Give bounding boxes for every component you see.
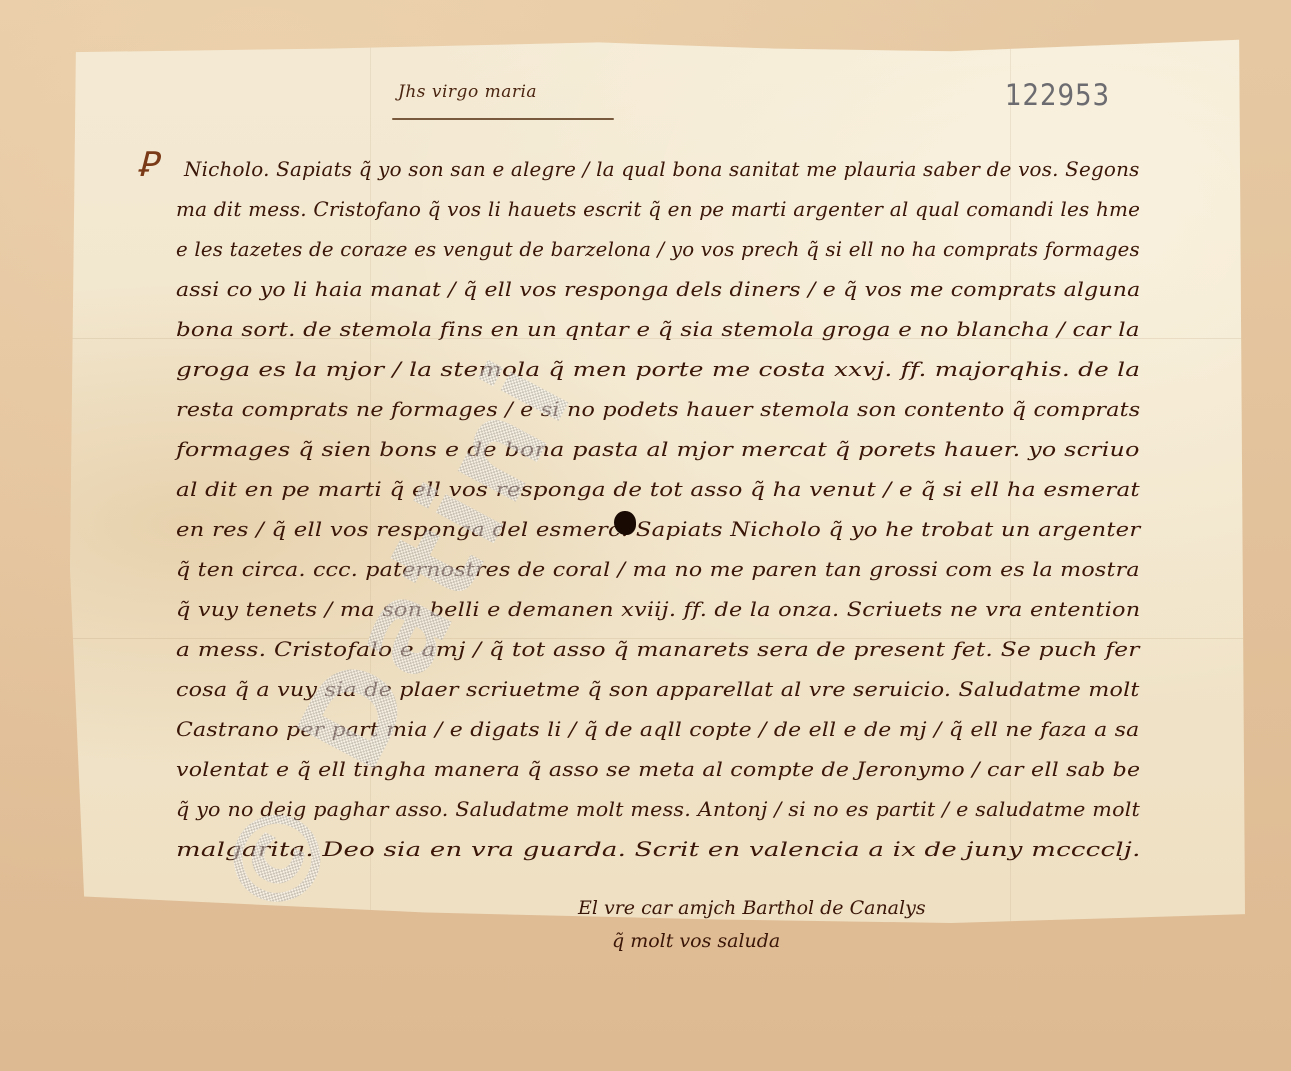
text-line: ma dit mess. Cristofano q̃ vos li hauets… (176, 197, 1140, 221)
text-line: al dit en pe marti q̃ ell vos responga d… (176, 477, 1140, 501)
text-line: formages q̃ sien bons e de bona pasta al… (176, 437, 1140, 461)
text-line: resta comprats ne formages / e si no pod… (176, 397, 1140, 421)
paragraph-initial: Ꝑ (137, 145, 158, 185)
text-line: assi co yo li haia manat / q̃ ell vos re… (176, 277, 1140, 301)
text-line: groga es la mjor / la stemola q̃ men por… (176, 357, 1140, 381)
text-line: Nicholo. Sapiats q̃ yo son san e alegre … (184, 157, 1140, 181)
heading-underline (392, 118, 614, 120)
signature-line: El vre car amjch Barthol de Canalys (578, 897, 926, 919)
text-line: q̃ vuy tenets / ma son belli e demanen x… (176, 597, 1140, 621)
text-line: bona sort. de stemola fins en un qntar e… (176, 317, 1140, 341)
text-line: e les tazetes de coraze es vengut de bar… (176, 237, 1140, 261)
archive-catalog-number: 122953 (1005, 78, 1110, 112)
text-line: en res / q̃ ell vos responga del esmerc.… (176, 517, 1140, 541)
text-line: q̃ ten circa. ccc. paternostres de coral… (176, 557, 1140, 581)
ink-blot (614, 511, 636, 535)
signature-closing: q̃ molt vos saluda (612, 930, 780, 952)
invocation-heading: Jhs virgo maria (398, 82, 537, 102)
